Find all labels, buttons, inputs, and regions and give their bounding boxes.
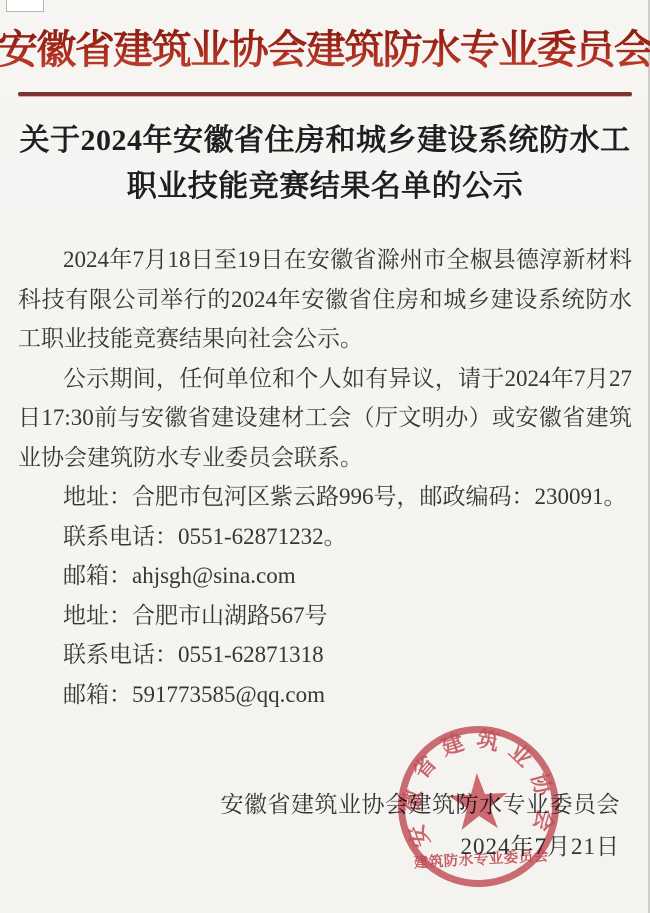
document-title: 关于2024年安徽省住房和城乡建设系统防水工 职业技能竞赛结果名单的公示 xyxy=(10,118,640,210)
seal-star-icon xyxy=(447,772,509,831)
body-paragraph: 2024年7月18日至19日在安徽省滁州市全椒县德淳新材料科技有限公司举行的20… xyxy=(18,240,632,359)
document-page: 安徽省建筑业协会建筑防水专业委员会 关于2024年安徽省住房和城乡建设系统防水工… xyxy=(0,0,650,913)
contact-address-1: 地址：合肥市包河区紫云路996号，邮政编码：230091。 xyxy=(18,477,632,517)
document-body: 2024年7月18日至19日在安徽省滁州市全椒县德淳新材料科技有限公司举行的20… xyxy=(18,240,632,714)
document-title-line2: 职业技能竞赛结果名单的公示 xyxy=(10,164,640,210)
contact-phone-2: 联系电话：0551-62871318 xyxy=(18,635,632,675)
body-paragraph: 公示期间，任何单位和个人如有异议，请于2024年7月27日17:30前与安徽省建… xyxy=(18,359,632,478)
letterhead-divider xyxy=(18,92,632,96)
contact-phone-1: 联系电话：0551-62871232。 xyxy=(18,517,632,557)
contact-email-1: 邮箱：ahjsgh@sina.com xyxy=(18,556,632,596)
contact-address-2: 地址：合肥市山湖路567号 xyxy=(18,596,632,636)
letterhead: 安徽省建筑业协会建筑防水专业委员会 xyxy=(18,4,632,88)
letterhead-org-name: 安徽省建筑业协会建筑防水专业委员会 xyxy=(0,18,650,75)
contact-list: 地址：合肥市包河区紫云路996号，邮政编码：230091。 联系电话：0551-… xyxy=(18,477,632,714)
official-seal: 安徽省建筑业协会 建筑防水专业委员会 xyxy=(385,713,571,899)
document-title-line1: 关于2024年安徽省住房和城乡建设系统防水工 xyxy=(10,118,640,164)
contact-email-2: 邮箱：591773585@qq.com xyxy=(18,675,632,715)
